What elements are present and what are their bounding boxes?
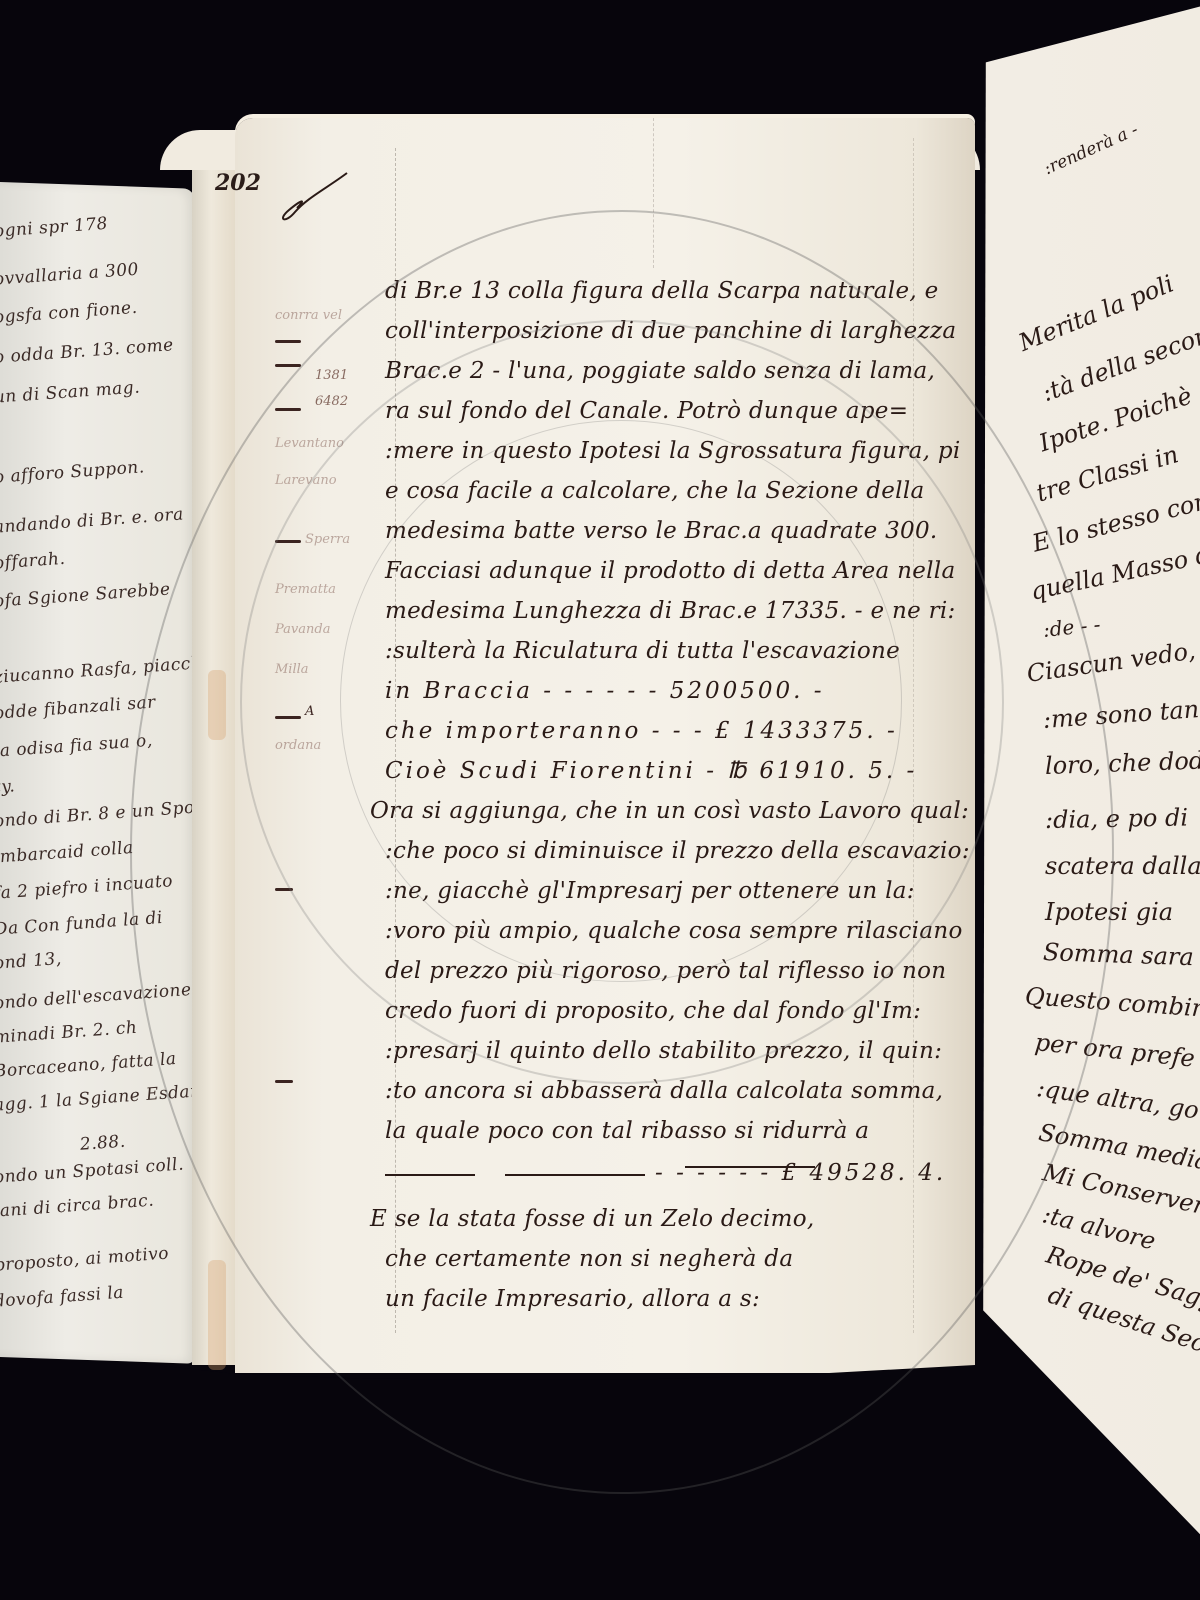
manuscript-line: :che poco si diminuisce il prezzo della … [385, 838, 970, 864]
manuscript-line: di Br.e 13 colla figura della Scarpa nat… [385, 278, 939, 304]
manuscript-line: un facile Impresario, allora a s: [385, 1286, 760, 1312]
left-line: proposto, ai motivo [0, 1243, 170, 1275]
left-line: iani di circa brac. [0, 1191, 155, 1222]
margin-note: 6482 [315, 394, 348, 409]
left-line: odde fibanzali sar [0, 692, 157, 723]
page-bottom-edge [155, 1353, 975, 1383]
left-line: ondo di Br. 8 e un Spo. [0, 797, 195, 831]
left-line: ogsfa con fione. [0, 298, 138, 328]
manuscript-line: che certamente non si negherà da [385, 1246, 793, 1272]
left-line: o afforo Suppon. [0, 457, 146, 488]
margin-dash [275, 1080, 293, 1083]
left-line: Da Con funda la di [0, 908, 164, 940]
left-line: ovvallaria a 300 [0, 260, 140, 290]
left-line: un di Scan mag. [0, 378, 141, 408]
left-line: ondo un Spotasi coll. [0, 1154, 185, 1187]
manuscript-line: Ora si aggiunga, che in un così vasto La… [370, 798, 969, 824]
manuscript-line: la quale poco con tal ribasso si ridurrà… [385, 1118, 869, 1144]
manuscript-line: medesima Lunghezza di Brac.e 17335. - e … [385, 598, 956, 624]
margin-note: 1381 [315, 368, 348, 383]
right-line: :dia, e po di [1045, 804, 1188, 834]
margin-note: conrra vel [275, 308, 342, 323]
manuscript-line: :ne, giacchè gl'Impresarj per ottenere u… [385, 878, 915, 904]
left-line: ond 13, [0, 949, 63, 974]
manuscript-line: Facciasi adunque il prodotto di detta Ar… [385, 558, 955, 584]
manuscript-line: Brac.e 2 - l'una, poggiate saldo senza d… [385, 358, 935, 384]
left-line: ondo dell'escavazione, o cona [0, 975, 195, 1014]
right-line: :de - - [1042, 612, 1102, 642]
margin-note: A [305, 704, 314, 719]
manuscript-line: :mere in questo Ipotesi la Sgrossatura f… [385, 438, 961, 464]
braccia-total-line: in Braccia - - - - - - 5200500. - [385, 678, 825, 704]
manuscript-line: credo fuori di proposito, che dal fondo … [385, 998, 921, 1024]
manuscript-photo: ogni spr 178 ovvallaria a 300 ogsfa con … [0, 0, 1200, 1600]
margin-note: Larevano [275, 473, 337, 488]
manuscript-line: del prezzo più rigoroso, però tal rifles… [385, 958, 946, 984]
left-line: ogni spr 178 [0, 214, 109, 242]
left-line: ty. [0, 776, 16, 797]
right-line: scatera dalla [1045, 852, 1200, 880]
manuscript-line: :sulterà la Riculatura di tutta l'escava… [385, 638, 900, 664]
left-line: andando di Br. e. ora [0, 504, 185, 537]
right-line: Questo combina [1024, 982, 1200, 1024]
right-line: :me sono tan [1042, 695, 1200, 734]
left-line: 2.88. [79, 1132, 127, 1155]
left-line: la odisa fia sua o, [0, 731, 154, 762]
right-line: Ciascun vedo, c [1025, 634, 1200, 688]
right-line: :que altra, go [1035, 1074, 1200, 1124]
manuscript-line: :to ancora si abbasserà dalla calcolata … [385, 1078, 943, 1104]
left-line: ofa Sgione Sarebbe [0, 579, 172, 611]
left-line: Borcaceano, fatta la [0, 1049, 177, 1082]
margin-dash [275, 364, 301, 367]
center-page: 202 conrra vel 1381 6482 Levantano Larev… [235, 118, 975, 1373]
right-line: per ora prefe [1034, 1028, 1197, 1073]
margin-note: Sperra [305, 532, 350, 547]
manuscript-line: e cosa facile a calcolare, che la Sezion… [385, 478, 925, 504]
manuscript-line: :presarj il quinto dello stabilito prezz… [385, 1038, 942, 1064]
left-page: ogni spr 178 ovvallaria a 300 ogsfa con … [0, 181, 195, 1364]
sum-rule [385, 1174, 475, 1176]
reduced-sum-line: - - - - - - £ 49528. 4. [655, 1160, 946, 1186]
manuscript-line: E se la stata fosse di un Zelo decimo, [370, 1206, 815, 1232]
manuscript-line: coll'interposizione di due panchine di l… [385, 318, 956, 344]
left-line: dovofa fassi la [0, 1283, 125, 1312]
left-line: imbarcaid colla [0, 838, 135, 868]
left-line: agg. 1 la Sgiane Esdan [0, 1081, 195, 1116]
manuscript-line: ra sul fondo del Canale. Potrò dunque ap… [385, 398, 908, 424]
left-line: minadi Br. 2. ch [0, 1018, 138, 1048]
right-page: :renderà a - Merita la poli :tà della se… [965, 0, 1200, 1560]
margin-dash [275, 888, 293, 891]
paper-stain [208, 670, 226, 740]
book-gutter [192, 150, 240, 1365]
left-line: ziucanno Rasfa, piacchai [0, 652, 195, 688]
left-line: o odda Br. 13. come [0, 335, 175, 368]
sum-rule [505, 1174, 645, 1176]
left-line: fa 2 piefro i incuato [0, 871, 174, 904]
margin-note: Levantano [275, 436, 344, 451]
margin-dash [275, 540, 301, 543]
margin-dash [275, 716, 301, 719]
right-line: Ipotesi gia [1045, 898, 1173, 926]
fold-line [653, 118, 655, 268]
margin-note: ordana [275, 738, 321, 753]
right-line: Somma sara [1043, 938, 1195, 971]
left-line: offarah. [0, 549, 66, 574]
margin-dash [275, 408, 301, 411]
margin-note: Pavanda [275, 622, 330, 637]
margin-dash [275, 340, 301, 343]
paper-stain [208, 1260, 226, 1370]
folio-flourish-icon [267, 168, 357, 228]
folio-number: 202 [215, 170, 261, 196]
lire-total-line: che importeranno - - - £ 1433375. - [385, 718, 898, 744]
scudi-total-line: Cioè Scudi Fiorentini - ℔ 61910. 5. - [385, 758, 917, 784]
manuscript-line: medesima batte verso le Brac.a quadrate … [385, 518, 938, 544]
margin-note: Prematta [275, 582, 336, 597]
right-line: :renderà a - [1041, 120, 1141, 179]
manuscript-line: :voro più ampio, qualche cosa sempre ril… [385, 918, 963, 944]
margin-note: Milla [275, 662, 309, 677]
right-line: loro, che dodi [1045, 746, 1200, 780]
